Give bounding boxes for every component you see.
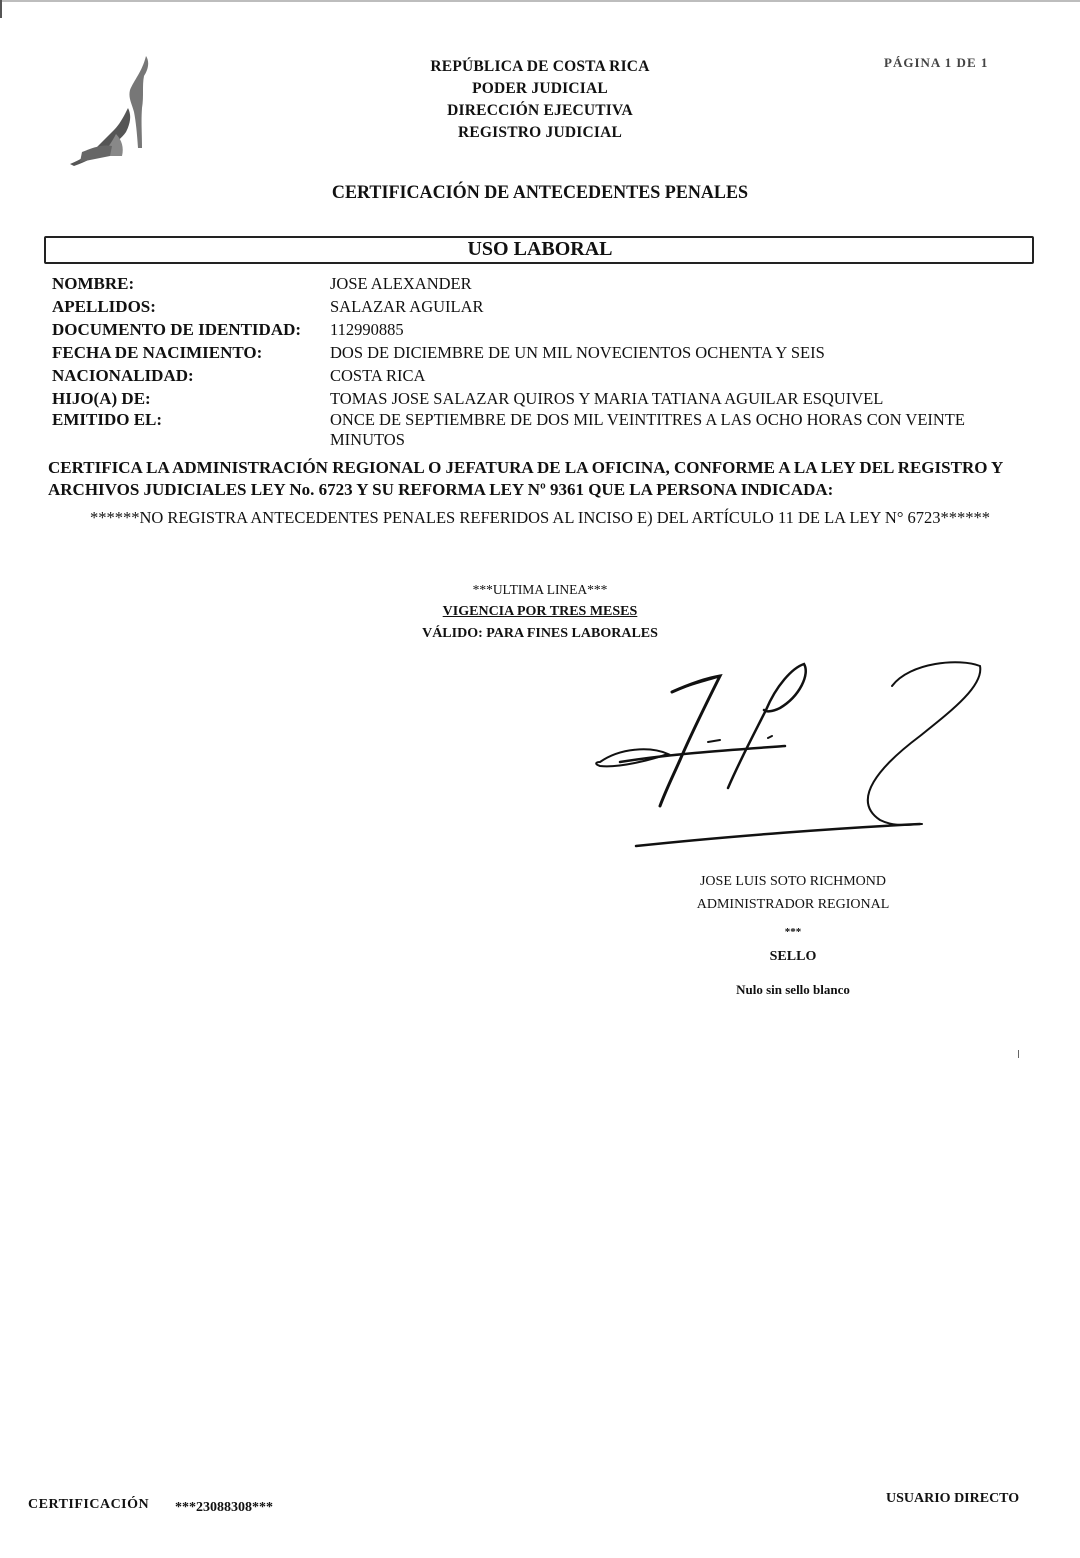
- footer-certification-number: ***23088308***: [175, 1500, 273, 1516]
- header-line-country: REPÚBLICA DE COSTA RICA: [380, 56, 700, 78]
- signer-separator: ***: [593, 926, 993, 938]
- field-row-documento: DOCUMENTO DE IDENTIDAD: 112990885: [52, 318, 1042, 341]
- footer-user-type: USUARIO DIRECTO: [886, 1491, 1019, 1507]
- field-value: ONCE DE SEPTIEMBRE DE DOS MIL VEINTITRES…: [330, 410, 1042, 450]
- no-record-statement: ******NO REGISTRA ANTECEDENTES PENALES R…: [0, 508, 1080, 528]
- field-row-nombre: NOMBRE: JOSE ALEXANDER: [52, 272, 1042, 295]
- scan-edge-left: [0, 0, 2, 18]
- scan-speck: [1018, 1050, 1019, 1058]
- signer-role: ADMINISTRADOR REGIONAL: [593, 897, 993, 913]
- field-label: APELLIDOS:: [52, 295, 330, 318]
- field-label: NOMBRE:: [52, 272, 330, 295]
- certification-statement: CERTIFICA LA ADMINISTRACIÓN REGIONAL O J…: [48, 457, 1038, 501]
- usage-banner-label: USO LABORAL: [0, 238, 1080, 261]
- field-value: JOSE ALEXANDER: [330, 272, 1042, 295]
- validity-period: VIGENCIA POR TRES MESES: [0, 604, 1080, 620]
- scan-edge-top: [0, 0, 1080, 2]
- valid-purpose: VÁLIDO: PARA FINES LABORALES: [0, 626, 1080, 642]
- signature-icon: [580, 650, 1000, 860]
- stamp-note: Nulo sin sello blanco: [593, 982, 993, 998]
- field-label: HIJO(A) DE:: [52, 387, 330, 410]
- field-row-nacionalidad: NACIONALIDAD: COSTA RICA: [52, 364, 1042, 387]
- institution-header: REPÚBLICA DE COSTA RICA PODER JUDICIAL D…: [380, 56, 700, 144]
- field-value: COSTA RICA: [330, 364, 1042, 387]
- header-line-registry: REGISTRO JUDICIAL: [380, 122, 700, 144]
- header-line-branch: PODER JUDICIAL: [380, 78, 700, 100]
- field-value: TOMAS JOSE SALAZAR QUIROS Y MARIA TATIAN…: [330, 387, 1042, 410]
- field-row-nacimiento: FECHA DE NACIMIENTO: DOS DE DICIEMBRE DE…: [52, 341, 1042, 364]
- stamp-label: SELLO: [593, 949, 993, 965]
- signer-name: JOSE LUIS SOTO RICHMOND: [593, 874, 993, 890]
- field-value: DOS DE DICIEMBRE DE UN MIL NOVECIENTOS O…: [330, 341, 1042, 364]
- field-row-emitido: EMITIDO EL: ONCE DE SEPTIEMBRE DE DOS MI…: [52, 410, 1042, 450]
- header-line-direction: DIRECCIÓN EJECUTIVA: [380, 100, 700, 122]
- footer-certification-label: CERTIFICACIÓN: [28, 1497, 149, 1513]
- page-indicator: PÁGINA 1 DE 1: [884, 55, 988, 71]
- field-value: SALAZAR AGUILAR: [330, 295, 1042, 318]
- field-row-apellidos: APELLIDOS: SALAZAR AGUILAR: [52, 295, 1042, 318]
- field-value: 112990885: [330, 318, 1042, 341]
- field-label: FECHA DE NACIMIENTO:: [52, 341, 330, 364]
- field-row-hijo-de: HIJO(A) DE: TOMAS JOSE SALAZAR QUIROS Y …: [52, 387, 1042, 410]
- document-title: CERTIFICACIÓN DE ANTECEDENTES PENALES: [27, 182, 1053, 204]
- field-label: DOCUMENTO DE IDENTIDAD:: [52, 318, 330, 341]
- justice-statue-icon: [62, 52, 162, 172]
- field-label: NACIONALIDAD:: [52, 364, 330, 387]
- personal-data-fields: NOMBRE: JOSE ALEXANDER APELLIDOS: SALAZA…: [52, 272, 1042, 450]
- last-line-marker: ***ULTIMA LINEA***: [0, 582, 1080, 598]
- field-label: EMITIDO EL:: [52, 410, 330, 450]
